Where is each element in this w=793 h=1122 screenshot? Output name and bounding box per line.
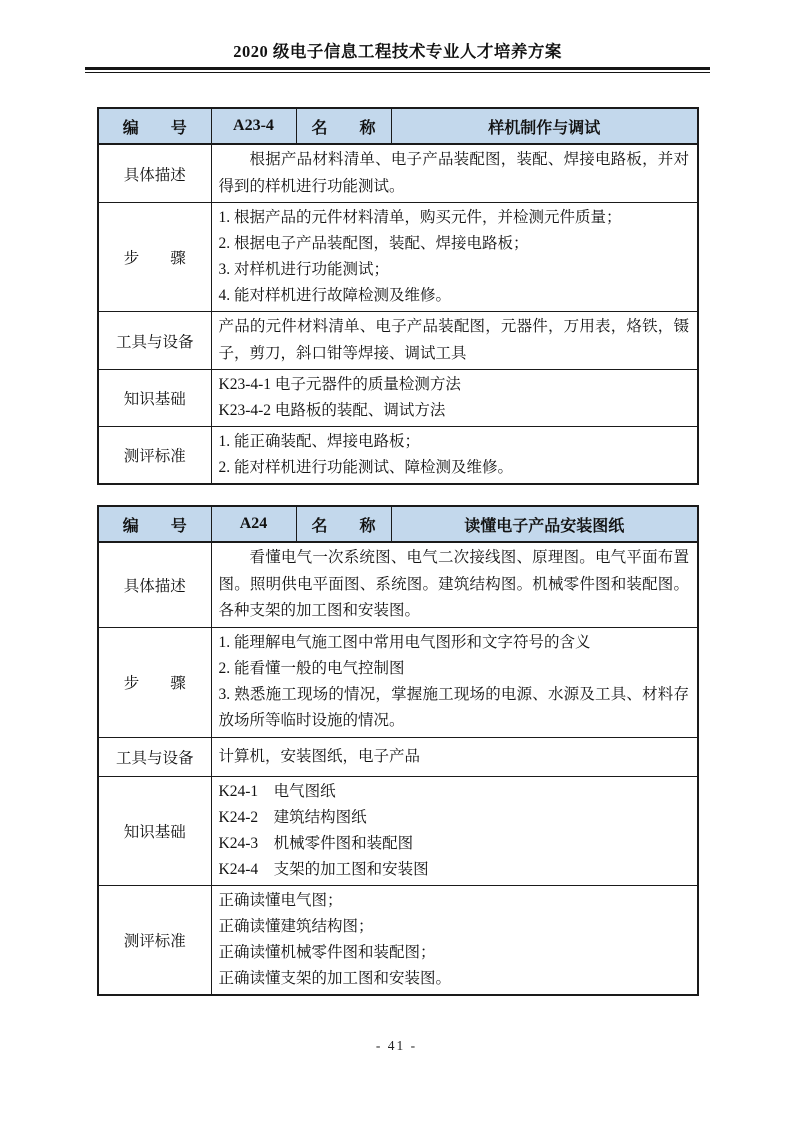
document-page: 2020 级电子信息工程技术专业人才培养方案 编 号 A23-4 名 称 样机制… [0, 0, 793, 1122]
row-label: 测评标准 [98, 427, 211, 485]
page-title: 2020 级电子信息工程技术专业人才培养方案 [85, 38, 710, 62]
header-divider [85, 67, 710, 73]
step-item: 3. 熟悉施工现场的情况，掌握施工现场的电源、水源及工具、材料存放场所等临时设施… [219, 682, 690, 735]
row-content: 产品的元件材料清单、电子产品装配图，元器件，万用表，烙铁，镊子，剪刀，斜口钳等焊… [211, 312, 698, 370]
table-row: 知识基础 K24-1 电气图纸 K24-2 建筑结构图纸 K24-3 机械零件图… [98, 776, 698, 885]
table-row: 测评标准 1. 能正确装配、焊接电路板； 2. 能对样机进行功能测试、障检测及维… [98, 427, 698, 485]
step-item: 2. 根据电子产品装配图，装配、焊接电路板； [219, 231, 690, 257]
page-number: - 41 - [0, 1038, 793, 1054]
row-content: 1. 能正确装配、焊接电路板； 2. 能对样机进行功能测试、障检测及维修。 [211, 427, 698, 485]
row-label: 工具与设备 [98, 312, 211, 370]
code-value-cell: A23-4 [211, 108, 296, 144]
criteria-item: 1. 能正确装配、焊接电路板； [219, 429, 690, 455]
row-label: 步 骤 [98, 203, 211, 312]
knowledge-item: K23-4-1 电子元器件的质量检测方法 [219, 372, 690, 398]
code-label-cell: 编 号 [98, 506, 211, 542]
criteria-item: 2. 能对样机进行功能测试、障检测及维修。 [219, 455, 690, 481]
knowledge-item: K23-4-2 电路板的装配、调试方法 [219, 398, 690, 424]
row-label: 具体描述 [98, 542, 211, 627]
table-row: 工具与设备 计算机，安装图纸，电子产品 [98, 737, 698, 776]
step-item: 2. 能看懂一般的电气控制图 [219, 656, 690, 682]
table-row: 具体描述 根据产品材料清单、电子产品装配图，装配、焊接电路板，并对得到的样机进行… [98, 144, 698, 203]
row-content: 1. 能理解电气施工图中常用电气图形和文字符号的含义 2. 能看懂一般的电气控制… [211, 627, 698, 737]
task-name-cell: 读懂电子产品安装图纸 [391, 506, 698, 542]
step-item: 3. 对样机进行功能测试； [219, 257, 690, 283]
knowledge-item: K24-1 电气图纸 [219, 779, 690, 805]
row-label: 具体描述 [98, 144, 211, 203]
table-row: 步 骤 1. 能理解电气施工图中常用电气图形和文字符号的含义 2. 能看懂一般的… [98, 627, 698, 737]
criteria-item: 正确读懂电气图； [219, 888, 690, 914]
task-name-cell: 样机制作与调试 [391, 108, 698, 144]
task-table-a24: 编 号 A24 名 称 读懂电子产品安装图纸 具体描述 看懂电气一次系统图、电气… [97, 505, 699, 996]
tools-text: 计算机，安装图纸，电子产品 [219, 744, 690, 770]
knowledge-item: K24-3 机械零件图和装配图 [219, 831, 690, 857]
row-content: K23-4-1 电子元器件的质量检测方法 K23-4-2 电路板的装配、调试方法 [211, 370, 698, 427]
table-row: 编 号 A23-4 名 称 样机制作与调试 [98, 108, 698, 144]
knowledge-item: K24-4 支架的加工图和安装图 [219, 857, 690, 883]
page-header: 2020 级电子信息工程技术专业人才培养方案 [85, 38, 710, 62]
code-label-cell: 编 号 [98, 108, 211, 144]
knowledge-item: K24-2 建筑结构图纸 [219, 805, 690, 831]
table-row: 知识基础 K23-4-1 电子元器件的质量检测方法 K23-4-2 电路板的装配… [98, 370, 698, 427]
row-content: 根据产品材料清单、电子产品装配图，装配、焊接电路板，并对得到的样机进行功能测试。 [211, 144, 698, 203]
criteria-item: 正确读懂机械零件图和装配图； [219, 940, 690, 966]
row-label: 测评标准 [98, 885, 211, 995]
name-label-cell: 名 称 [296, 108, 391, 144]
criteria-item: 正确读懂建筑结构图； [219, 914, 690, 940]
tools-text: 产品的元件材料清单、电子产品装配图，元器件，万用表，烙铁，镊子，剪刀，斜口钳等焊… [219, 314, 690, 367]
table-row: 编 号 A24 名 称 读懂电子产品安装图纸 [98, 506, 698, 542]
description-text: 看懂电气一次系统图、电气二次接线图、原理图。电气平面布置图。照明供电平面图、系统… [219, 545, 690, 625]
table-row: 步 骤 1. 根据产品的元件材料清单，购买元件，并检测元件质量； 2. 根据电子… [98, 203, 698, 312]
row-content: K24-1 电气图纸 K24-2 建筑结构图纸 K24-3 机械零件图和装配图 … [211, 776, 698, 885]
description-text: 根据产品材料清单、电子产品装配图，装配、焊接电路板，并对得到的样机进行功能测试。 [219, 147, 690, 200]
criteria-item: 正确读懂支架的加工图和安装图。 [219, 966, 690, 992]
row-content: 正确读懂电气图； 正确读懂建筑结构图； 正确读懂机械零件图和装配图； 正确读懂支… [211, 885, 698, 995]
header-divider-bottom-line [85, 72, 710, 74]
code-value-cell: A24 [211, 506, 296, 542]
step-item: 1. 能理解电气施工图中常用电气图形和文字符号的含义 [219, 630, 690, 656]
row-label: 工具与设备 [98, 737, 211, 776]
table-row: 测评标准 正确读懂电气图； 正确读懂建筑结构图； 正确读懂机械零件图和装配图； … [98, 885, 698, 995]
row-label: 知识基础 [98, 776, 211, 885]
row-content: 计算机，安装图纸，电子产品 [211, 737, 698, 776]
row-content: 看懂电气一次系统图、电气二次接线图、原理图。电气平面布置图。照明供电平面图、系统… [211, 542, 698, 627]
table-row: 工具与设备 产品的元件材料清单、电子产品装配图，元器件，万用表，烙铁，镊子，剪刀… [98, 312, 698, 370]
row-label: 知识基础 [98, 370, 211, 427]
step-item: 4. 能对样机进行故障检测及维修。 [219, 283, 690, 309]
task-table-a23-4: 编 号 A23-4 名 称 样机制作与调试 具体描述 根据产品材料清单、电子产品… [97, 107, 699, 485]
step-item: 1. 根据产品的元件材料清单，购买元件，并检测元件质量； [219, 205, 690, 231]
table-row: 具体描述 看懂电气一次系统图、电气二次接线图、原理图。电气平面布置图。照明供电平… [98, 542, 698, 627]
name-label-cell: 名 称 [296, 506, 391, 542]
row-label: 步 骤 [98, 627, 211, 737]
row-content: 1. 根据产品的元件材料清单，购买元件，并检测元件质量； 2. 根据电子产品装配… [211, 203, 698, 312]
